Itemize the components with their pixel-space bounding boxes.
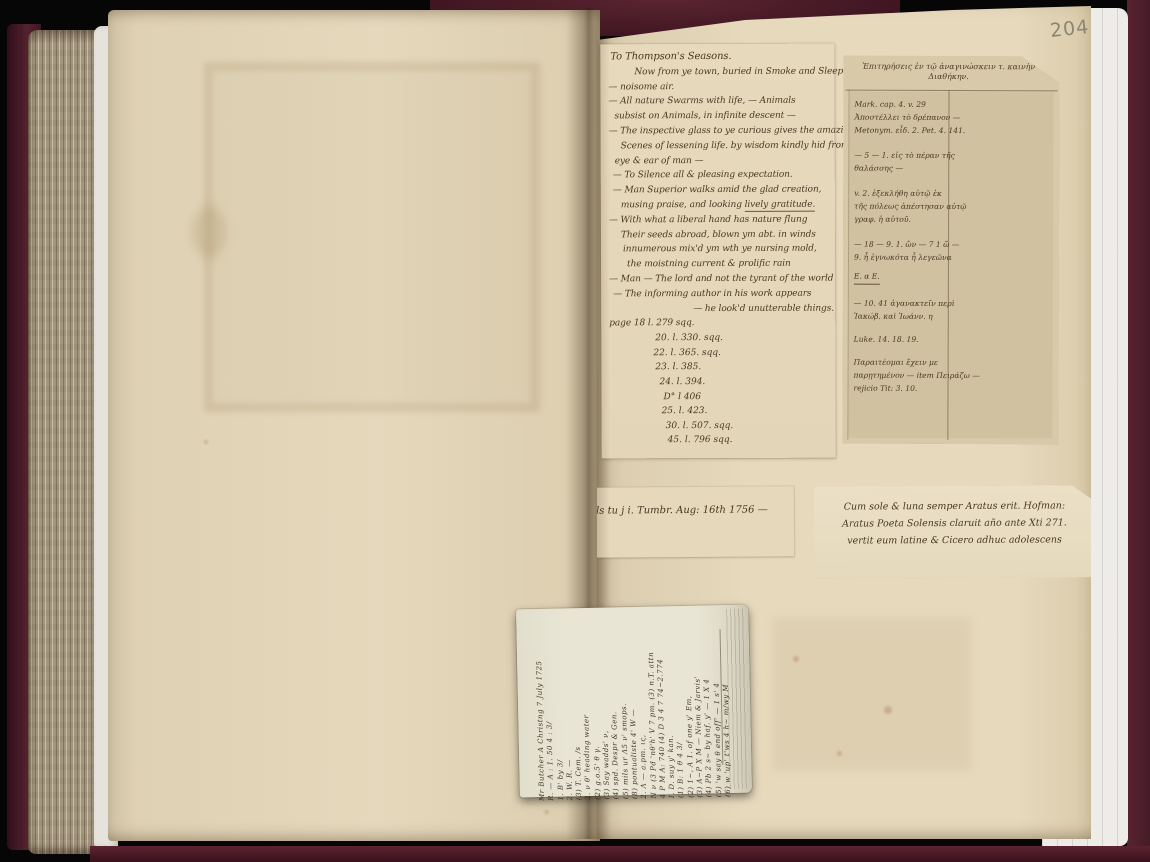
manuscript-line: Παραιτέομαι ἔχειν με [854,356,946,369]
manuscript-line: subsist on Animals, in infinite descent … [615,109,835,125]
citation: 20. l. 330. sqq. [655,331,835,346]
manuscript-line: — 18 — 9. 1. ὤν — 7 1 ὤ — [854,238,946,251]
manuscript-line-underlined: Ε. α Ε. [854,270,880,285]
manuscript-line: — Man Superior walks amid the glad creat… [613,183,835,199]
foxing-spot [884,706,892,714]
manuscript-line: — The informing author in his work appea… [613,286,835,302]
manuscript-line: Now from ye town, buried in Smoke and Sl… [634,64,834,79]
shorthand-notebook: Mr Butcher A Christng 7 July 1725 R. — A… [516,605,752,798]
slip-title: To Thompson's Seasons. [610,50,834,66]
citation: 25. l. 423. [662,404,836,419]
greek-notes-column: Mark. cap. 4. v. 29 Ἀποστέλλει τὸ δρέπαν… [853,98,946,395]
greek-header-line: Διαθήκην. [854,72,1044,83]
manuscript-line: vertit eum latine & Cicero adhuc adolesc… [814,531,1095,549]
greek-notes-slip: Ἐπιτηρήσεις ἐν τῷ ἀναγινώσκειν τ. καινὴν… [842,56,1059,445]
citation: 30. l. 507. sqq. [666,418,836,433]
manuscript-line: — noisome air. [608,79,834,95]
greek-header-line: Ἐπιτηρήσεις ἐν τῷ ἀναγινώσκειν τ. καινὴν [854,62,1044,73]
manuscript-line: innumerous mix'd ym wth ye nursing mold, [623,242,835,258]
manuscript-line: 9. ἦ ἐγνωκότα ἦ λεγεῶνα [854,251,946,264]
manuscript-line: Metonym. εἶδ. 2. Pet. 4. 141. [854,124,946,137]
glue-offset-stain [204,62,540,412]
citation: 23. l. 385. [655,360,835,375]
underlined-fragment: lively gratitude. [745,200,816,212]
manuscript-line: v. 2. ἐξεκλήθη αὐτῷ ἐκ [854,187,946,200]
manuscript-line: — To Silence all & pleasing expectation. [613,168,835,184]
date-line: γ ls tu j i. Tumbr. Aug: 16th 1756 — [587,504,768,516]
manuscript-line: Ἰακώβ. καὶ Ἰωάνν. η [854,310,946,323]
manuscript-line: γραφ. ἡ αὐτοῦ. [854,213,946,226]
manuscript-line: — All nature Swarms with life, — Animals [608,94,834,110]
foxing-spot [204,440,208,444]
manuscript-line: Their seeds abroad, blown ym abt. in win… [621,227,835,243]
manuscript-photo-stage: 204 To Thompson's Seasons. Now from ye t… [0,0,1150,862]
manuscript-line: — 10. 41 ἀγανακτεῖν περὶ [854,297,946,310]
book-cover-bottom-edge [90,846,1150,862]
citation: D° l 406 [663,389,835,404]
manuscript-line: eye & ear of man — [615,153,835,169]
line-citation-list: 20. l. 330. sqq. 22. l. 365. sqq. 23. l.… [609,331,835,449]
folio-page-number: 204 [1049,16,1090,42]
manuscript-line: Mark. cap. 4. v. 29 [854,98,946,111]
glue-offset-stain-right [773,618,971,770]
notebook-rotated-text: Mr Butcher A Christng 7 July 1725 R. — A… [534,601,734,801]
foxing-spot [837,751,842,756]
page-block-fore-edge [28,30,100,854]
manuscript-line: — he look'd unutterable things. [693,301,835,316]
book-cover-right-edge [1127,0,1150,862]
manuscript-line: θαλάσσης — [854,162,946,175]
date-slip: γ ls tu j i. Tumbr. Aug: 16th 1756 — [579,486,794,557]
manuscript-line: Aratus Poeta Solensis claruit año ante X… [814,514,1095,532]
foxing-spot [793,656,799,662]
english-notes-slip: To Thompson's Seasons. Now from ye town,… [600,44,835,459]
manuscript-line: Cum sole & luna semper Aratus erit. Hofm… [814,497,1095,515]
citation: 45. l. 796 sqq. [668,433,836,448]
manuscript-line: Luke. 14. 18. 19. [854,333,946,346]
manuscript-line: the moistning current & prolific rain [627,257,835,273]
manuscript-line: rejicio Tit: 3. 10. [853,382,945,395]
manuscript-line: — Man — The lord and not the tyrant of t… [609,272,835,288]
latin-aratus-slip: Cum sole & luna semper Aratus erit. Hofm… [814,485,1095,578]
manuscript-line: Ἀποστέλλει τὸ δρέπανον — [854,111,946,124]
stain-blob [192,206,226,258]
manuscript-line: Scenes of lessening life. by wisdom kind… [621,138,835,154]
manuscript-line: page 18 l. 279 sqq. [609,316,835,332]
manuscript-line: — With what a liberal hand has nature fl… [609,212,835,228]
manuscript-line-underlined: musing praise, and looking lively gratit… [621,198,835,214]
manuscript-line: — The inspective glass to ye curious giv… [609,124,835,140]
manuscript-line: παρῃτημένον — item Πειράζω — [854,369,946,382]
citation: 24. l. 394. [659,375,835,390]
citation: 22. l. 365. sqq. [653,345,835,360]
manuscript-line: — 5 — 1. εἰς τὸ πέραν τῆς [854,149,946,162]
line-fragment: musing praise, and looking [621,200,745,210]
greek-slip-header: Ἐπιτηρήσεις ἐν τῷ ἀναγινώσκειν τ. καινὴν… [854,62,1044,83]
foxing-spot [544,810,549,814]
manuscript-line: τῆς πόλεως ἀπέστησαν αὐτῷ [854,200,946,213]
